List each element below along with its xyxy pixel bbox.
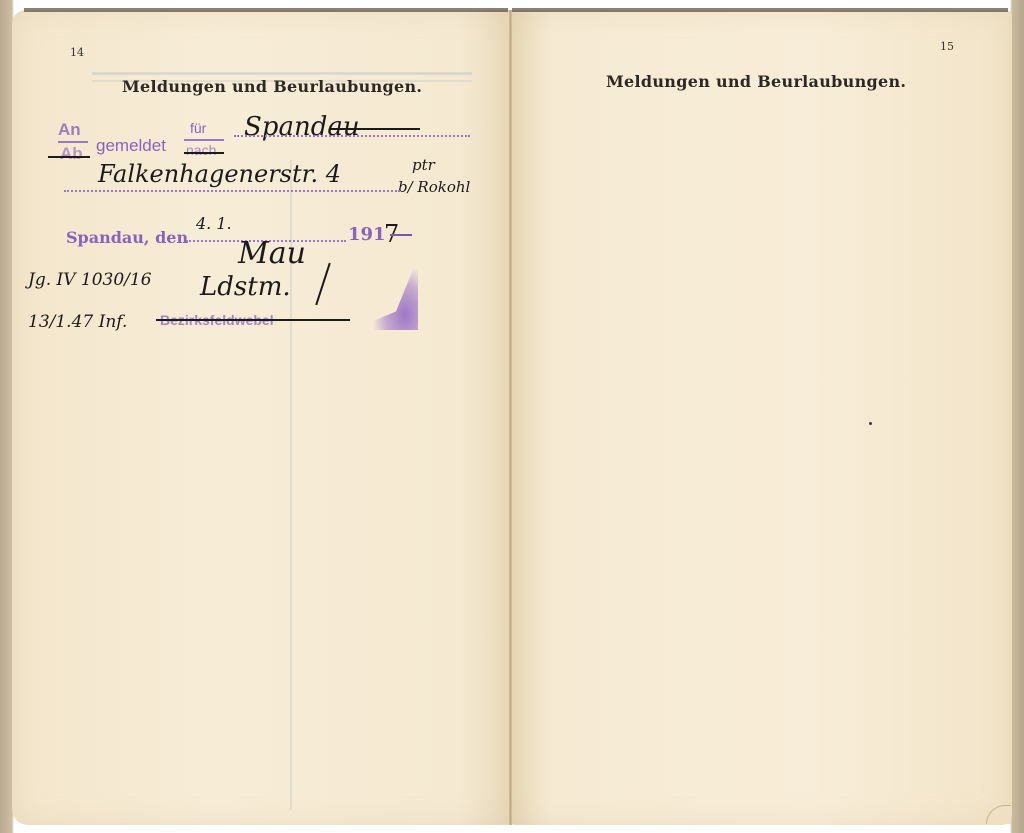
- page-heading-left: Meldungen und Beurlaubungen.: [122, 77, 422, 96]
- dotted-line: [64, 190, 400, 192]
- stamp-fraction-line: [58, 141, 88, 143]
- stamp-nach: nach: [186, 142, 216, 158]
- page-heading-right: Meldungen und Beurlaubungen.: [606, 72, 906, 91]
- handwritten-reference-1: Jg. IV 1030/16: [28, 270, 152, 290]
- handwritten-date: 4. 1.: [196, 214, 232, 233]
- left-page-top-edge: [24, 8, 508, 12]
- stamp-ab: Ab: [60, 144, 83, 164]
- strikethrough-year: [390, 234, 412, 236]
- right-page: [512, 10, 1012, 825]
- handwritten-floor: ptr: [412, 156, 435, 174]
- stamp-place-date: Spandau, den: [66, 228, 188, 247]
- bleed-through-text: [92, 72, 472, 75]
- stamp-year: 191: [348, 224, 386, 245]
- handwritten-care-of: b/ Rokohl: [398, 178, 470, 196]
- handwritten-address: Falkenhagenerstr. 4: [98, 160, 341, 188]
- strikethrough-nach: [184, 152, 224, 154]
- stamp-an: An: [58, 120, 81, 140]
- underline-ink: [330, 128, 420, 130]
- handwritten-place: Spandau: [244, 112, 360, 142]
- page-number-left: 14: [70, 46, 84, 59]
- strikethrough-title: [156, 319, 350, 321]
- page-number-right: 15: [940, 40, 954, 53]
- stamp-fuer: für: [190, 120, 206, 136]
- strikethrough-ab: [48, 156, 90, 158]
- dotted-line: [234, 135, 470, 137]
- stamp-gemeldet: gemeldet: [96, 136, 166, 156]
- handwritten-reference-2: 13/1.47 Inf.: [28, 312, 127, 332]
- paper-speck: [869, 422, 872, 425]
- handwritten-signature: Mau: [238, 236, 306, 271]
- right-page-top-edge: [512, 8, 1008, 12]
- handwritten-rank: Ldstm.: [200, 272, 291, 302]
- stamp-fraction-line: [184, 139, 224, 141]
